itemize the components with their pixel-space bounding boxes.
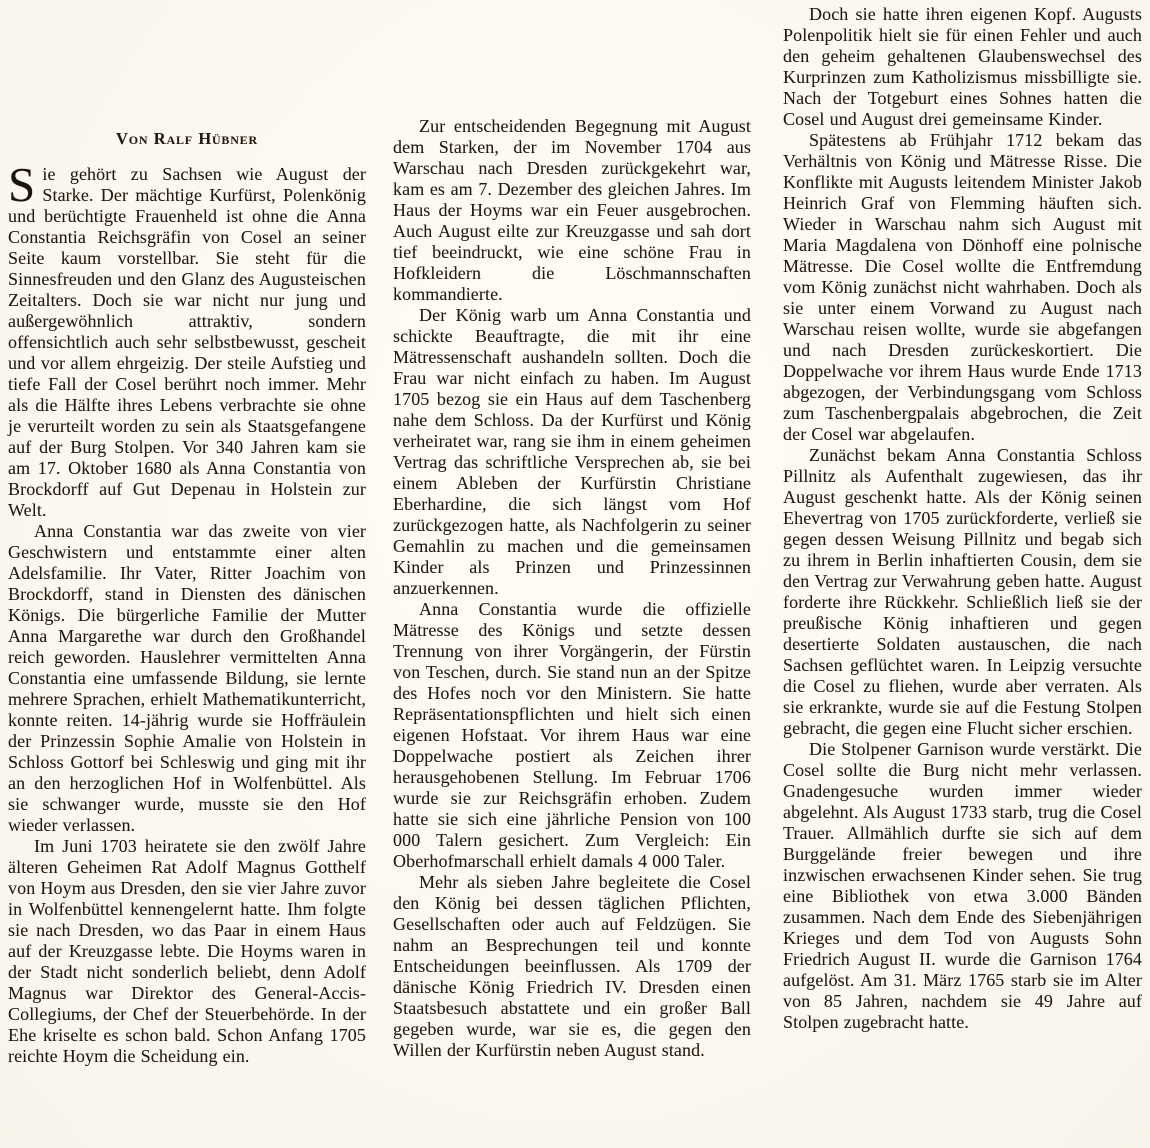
article-paragraph: Mehr als sieben Jahre begleitete die Cos… [393,872,751,1061]
article-column-2: Zur entscheidenden Begegnung mit August … [393,116,751,1061]
article-column-3: Doch sie hatte ihren eigenen Kopf. Augus… [783,4,1142,1033]
article-paragraph: Anna Constantia wurde die offizielle Mät… [393,599,751,872]
article-paragraph: Zunächst bekam Anna Constantia Schloss P… [783,445,1142,739]
newspaper-article-page: Von Ralf Hübner Sie gehört zu Sachsen wi… [0,0,1150,1148]
article-paragraph: Die Stolpener Garnison wurde verstärkt. … [783,739,1142,1033]
article-paragraph: Doch sie hatte ihren eigenen Kopf. Augus… [783,4,1142,130]
article-paragraph: Im Juni 1703 heiratete sie den zwölf Jah… [8,836,366,1067]
article-paragraph: Sie gehört zu Sachsen wie August der Sta… [8,164,366,521]
article-paragraph: Spätestens ab Frühjahr 1712 bekam das Ve… [783,130,1142,445]
article-byline: Von Ralf Hübner [8,128,366,149]
article-paragraph: Anna Constantia war das zweite von vier … [8,521,366,836]
paragraph-text: ie gehört zu Sachsen wie August der Star… [8,164,366,520]
article-paragraph: Der König warb um Anna Constantia und sc… [393,305,751,599]
article-column-1: Von Ralf Hübner Sie gehört zu Sachsen wi… [8,126,366,1067]
article-paragraph: Zur entscheidenden Begegnung mit August … [393,116,751,305]
drop-cap: S [8,164,42,203]
